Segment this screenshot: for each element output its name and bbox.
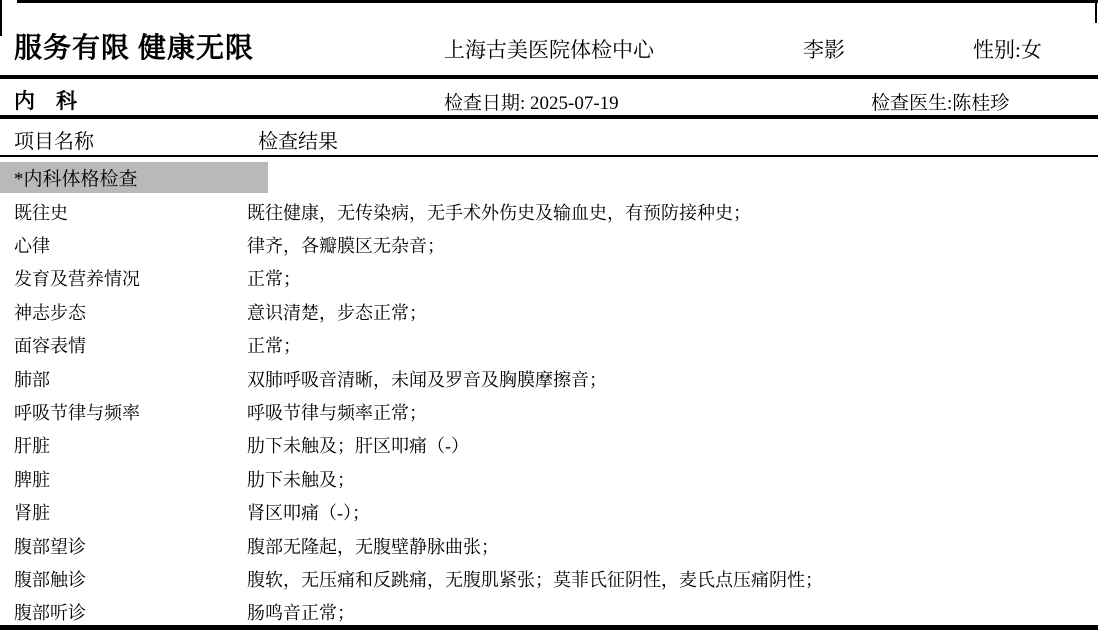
table-row: 腹部触诊 腹软，无压痛和反跳痛，无腹肌紧张；莫菲氏征阴性，麦氏点压痛阴性； [0, 562, 1098, 595]
item-name-cell: 心律 [0, 232, 244, 258]
table-row: 心律 律齐，各瓣膜区无杂音； [0, 228, 1098, 261]
exam-center-name: 上海古美医院体检中心 [444, 34, 654, 64]
patient-name: 李影 [803, 34, 845, 64]
result-cell: 肋下未触及； [244, 466, 1098, 492]
frame-right-line [1095, 0, 1097, 23]
department-title: 内 科 [14, 85, 77, 115]
column-header-item-name: 项目名称 [14, 125, 94, 154]
item-name-cell: 呼吸节律与频率 [0, 399, 244, 425]
table-row: 发育及营养情况 正常； [0, 262, 1098, 295]
result-cell: 既往健康，无传染病，无手术外伤史及输血史，有预防接种史； [244, 199, 1098, 225]
medical-report-page: 服务有限 健康无限 上海古美医院体检中心 李影 性别:女 内 科 检查日期: 2… [0, 0, 1098, 633]
table-row: 呼吸节律与频率 呼吸节律与频率正常； [0, 395, 1098, 428]
item-name-cell: 肺部 [0, 366, 244, 392]
table-body: *内科体格检查 既往史 既往健康，无传染病，无手术外伤史及输血史，有预防接种史；… [0, 162, 1098, 629]
result-cell: 腹软，无压痛和反跳痛，无腹肌紧张；莫菲氏征阴性，麦氏点压痛阴性； [244, 566, 1098, 592]
column-header-result: 检查结果 [258, 125, 338, 154]
table-row: 肝脏 肋下未触及；肝区叩痛（-） [0, 429, 1098, 462]
result-cell: 正常； [244, 265, 1098, 291]
result-cell: 正常； [244, 332, 1098, 358]
table-row: 脾脏 肋下未触及； [0, 462, 1098, 495]
result-cell: 肠鸣音正常； [244, 599, 1098, 625]
result-cell: 律齐，各瓣膜区无杂音； [244, 232, 1098, 258]
item-name-cell: 肾脏 [0, 499, 244, 525]
item-name-cell: 腹部望诊 [0, 533, 244, 559]
table-row: 既往史 既往健康，无传染病，无手术外伤史及输血史，有预防接种史； [0, 195, 1098, 228]
item-name-cell: 面容表情 [0, 332, 244, 358]
item-name-cell: 腹部触诊 [0, 566, 244, 592]
item-name-cell: 脾脏 [0, 466, 244, 492]
frame-top-line [17, 0, 1098, 3]
table-row: 面容表情 正常； [0, 329, 1098, 362]
item-name-cell: 肝脏 [0, 432, 244, 458]
section-row: *内科体格检查 [0, 162, 1098, 193]
item-name-cell: 神志步态 [0, 299, 244, 325]
department-divider-line [0, 115, 1098, 119]
bottom-border-line [0, 625, 1098, 630]
table-row: 肾脏 肾区叩痛（-）； [0, 496, 1098, 529]
frame-left-line [0, 0, 2, 36]
item-name-cell: 既往史 [0, 199, 244, 225]
table-row: 腹部望诊 腹部无隆起，无腹壁静脉曲张； [0, 529, 1098, 562]
exam-date: 检查日期: 2025-07-19 [444, 88, 619, 115]
result-cell: 腹部无隆起，无腹壁静脉曲张； [244, 533, 1098, 559]
exam-doctor: 检查医生:陈桂珍 [871, 88, 1009, 115]
result-cell: 肋下未触及；肝区叩痛（-） [244, 432, 1098, 458]
result-cell: 呼吸节律与频率正常； [244, 399, 1098, 425]
result-cell: 肾区叩痛（-）； [244, 499, 1098, 525]
hospital-slogan: 服务有限 健康无限 [14, 26, 254, 66]
item-name-cell: 发育及营养情况 [0, 265, 244, 291]
result-cell: 双肺呼吸音清晰，未闻及罗音及胸膜摩擦音； [244, 366, 1098, 392]
header-divider-line [0, 75, 1098, 79]
patient-gender: 性别:女 [973, 34, 1042, 64]
table-row: 肺部 双肺呼吸音清晰，未闻及罗音及胸膜摩擦音； [0, 362, 1098, 395]
column-header-divider-line [0, 155, 1098, 157]
section-title: *内科体格检查 [0, 162, 268, 193]
table-row: 神志步态 意识清楚，步态正常； [0, 295, 1098, 328]
item-name-cell: 腹部听诊 [0, 599, 244, 625]
result-cell: 意识清楚，步态正常； [244, 299, 1098, 325]
